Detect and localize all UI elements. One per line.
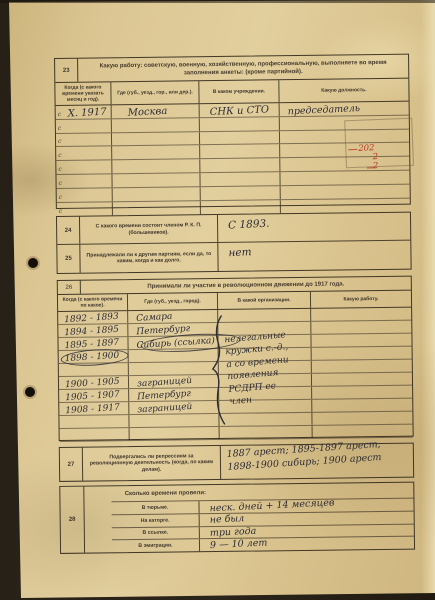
entry-when: 1900 - 1905 (65, 377, 120, 391)
q24-label: С какого времени состоит членом Р. К. П.… (80, 215, 218, 244)
brace-mark (210, 314, 225, 426)
q27-label: Подвергались ли репрессиям за революцион… (83, 446, 221, 481)
row-prefix: с (58, 166, 61, 173)
question-24: 24 С какого времени состоит членом Р. К.… (57, 213, 410, 244)
entry-when: 1905 - 1907 (65, 390, 120, 404)
row-prefix: с (58, 124, 61, 131)
stamp-value: 2 (372, 153, 378, 161)
q26-number: 26 (58, 281, 81, 294)
row-prefix: с (58, 111, 61, 118)
q26-col-work: Какую работу. (311, 291, 411, 308)
q28-label-emigration: В эмиграции. (112, 539, 200, 552)
entry-where: Петербург (137, 389, 191, 402)
q28-answer-emigration: 9 — 10 лет (210, 538, 268, 552)
section-q24-q25: 24 С какого времени состоит членом Р. К.… (56, 212, 412, 274)
q26-col-where: Где (губ., уезд., город). (128, 293, 218, 310)
q23-col-institution: В каком учреждении. (199, 80, 279, 103)
question-25: 25 Принадлежали ли к другим партиям, есл… (57, 240, 410, 273)
q28-label-exile: В ссылке. (112, 527, 200, 540)
q28-row-emigration: В эмиграции. 9 — 10 лет (112, 536, 414, 552)
entry-when: 1894 - 1895 (64, 325, 119, 339)
q23-number: 23 (55, 59, 78, 82)
row-prefix: с (58, 152, 61, 159)
stamp-value: 2 (373, 162, 379, 170)
section-q28-time-spent: 28 Сколько времени провели: В тюрьме. не… (59, 482, 415, 554)
q23-title: Какую работу: советскую, военную, хозяйс… (78, 55, 408, 82)
section-q27-repressions: 27 Подвергались ли репрессиям за революц… (59, 443, 414, 482)
entry-where: заграницей (137, 376, 193, 390)
entry-where: Самара (136, 312, 173, 324)
q24-number: 24 (57, 217, 80, 244)
entry-when: 1908 - 1917 (65, 403, 120, 417)
q26-col-when: Когда (с какого времени по какое). (58, 294, 128, 311)
q28-label-prison: В тюрьме. (111, 501, 199, 514)
q26-table-body: 1892 - 1893 Самара 1894 - 1895 Петербург… (58, 308, 413, 442)
q28-answer-katorga: не был (209, 513, 244, 526)
row-prefix: с (59, 180, 62, 187)
entry-position: председатель (287, 103, 360, 117)
section-q26-revolutionary-activity: 26 Принимали ли участие в революционном … (57, 276, 414, 441)
entry-where: Москва (127, 106, 167, 119)
q23-col-where: Где (губ., уезд., гор., или дер.). (111, 81, 199, 104)
scanned-page: 23 Какую работу: советскую, военную, хоз… (0, 0, 435, 600)
q28-title: Сколько времени провели: (90, 490, 240, 498)
q25-answer: нет (228, 246, 252, 259)
entry-when: 1892 - 1893 (64, 312, 119, 326)
questionnaire-form: 23 Какую работу: советскую, военную, хоз… (0, 0, 435, 600)
row-prefix: с (58, 138, 61, 145)
q28-answer-exile: три года (210, 525, 257, 538)
q23-col-when: Когда (с какого времени указать месяц и … (55, 82, 111, 105)
q25-number: 25 (57, 245, 80, 273)
q23-col-position: Какую должность. (279, 79, 408, 103)
registration-stamp: 202 2 2 (344, 118, 414, 169)
entry-institution: СНК и СТО (209, 104, 269, 118)
q27-answer: 1887 арест; 1895-1897 арест; 1898-1900 с… (226, 438, 382, 474)
red-dash-mark (348, 149, 357, 150)
q28-label-katorga: На каторге. (112, 514, 200, 527)
entry-where: заграницей (137, 402, 193, 416)
question-27: 27 Подвергались ли репрессиям за революц… (60, 444, 413, 481)
q28-rows: В тюрьме. неск. дней + 14 месяцев На кат… (111, 498, 414, 553)
q25-label: Принадлежали ли к другим партиям, если д… (80, 243, 218, 273)
q27-number: 27 (60, 448, 83, 481)
entry-when: X. 1917 (67, 106, 106, 119)
punch-hole (25, 387, 35, 397)
q26-col-organization: В какой организации. (218, 292, 311, 309)
q28-number: 28 (60, 487, 85, 553)
punch-hole (28, 258, 38, 268)
row-prefix: с (59, 193, 62, 200)
q24-answer: С 1893. (228, 218, 270, 232)
q26-organization-answer: нелегальные кружки с.-д., а со времени п… (224, 326, 326, 408)
row-prefix: с (59, 208, 62, 215)
